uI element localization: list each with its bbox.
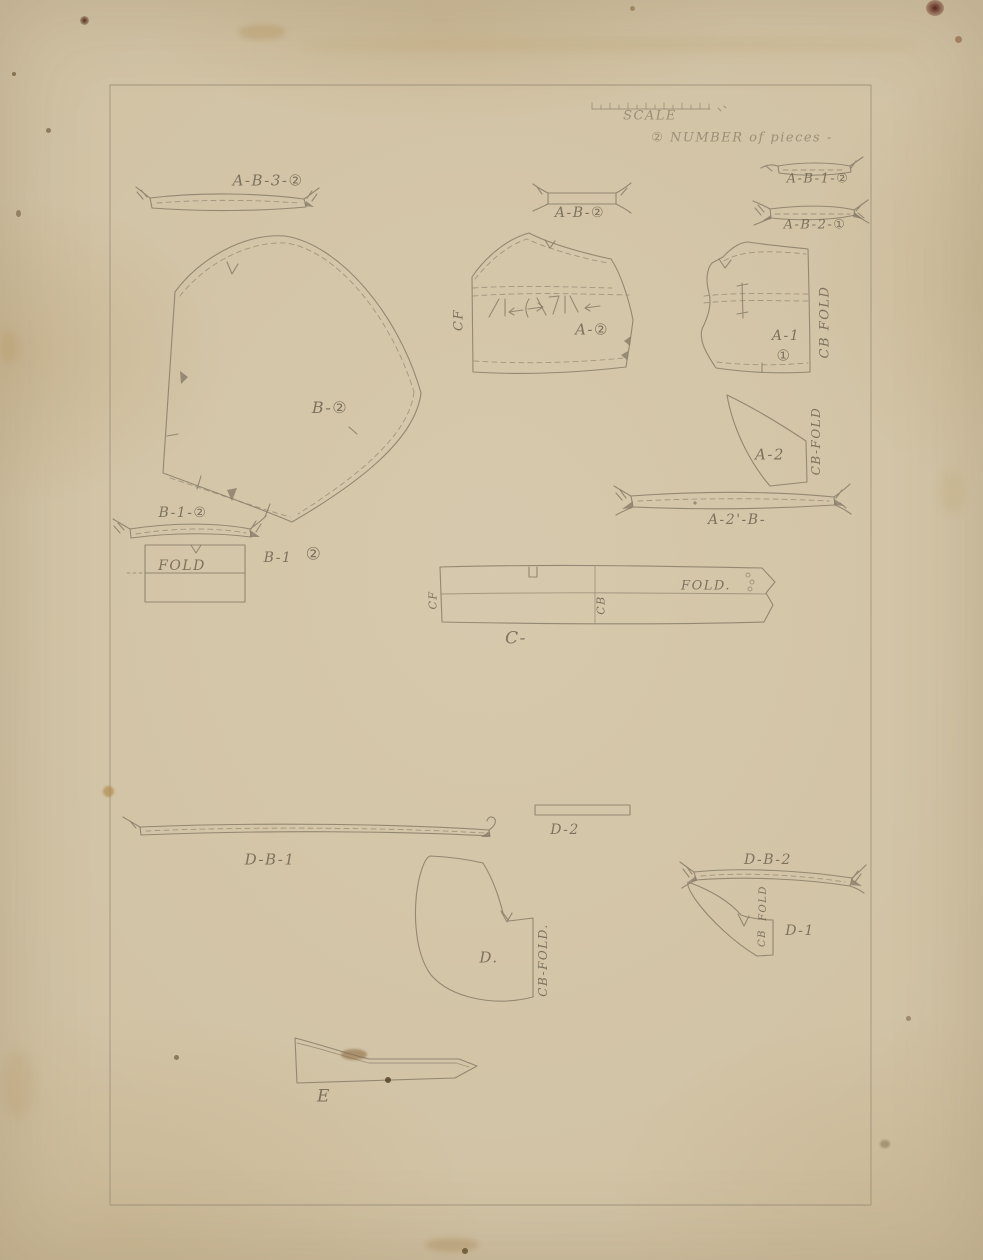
strip-ab3 <box>136 187 319 211</box>
label-fold-c: FOLD. <box>681 580 731 593</box>
label-cb-fold-d: CB-FOLD. <box>537 923 549 996</box>
piece-d <box>415 856 533 1001</box>
label-cb-fold-a1: CB FOLD <box>819 286 832 359</box>
piece-e <box>295 1038 477 1083</box>
label-cb-d1: CB <box>758 929 768 947</box>
scale-label: SCALE <box>623 110 677 123</box>
label-piece-b: B-② <box>312 400 348 416</box>
label-piece-a-front: A-② <box>575 323 609 338</box>
label-cb-fold-a2: CB-FOLD <box>810 407 822 476</box>
label-strip-a2b: A-2'-B- <box>708 513 766 527</box>
label-strip-d2: D-2 <box>550 823 580 837</box>
label-strip-b1: B-1-② <box>159 506 208 520</box>
label-piece-c: C- <box>505 631 527 648</box>
label-strip-ab3: A-B-3-② <box>233 174 304 189</box>
pattern-sheet: SCALE ② NUMBER of pieces - A-B-3-② A-B-②… <box>0 0 983 1260</box>
label-cf-c: CF <box>428 590 439 609</box>
label-b1: B-1 <box>264 551 293 565</box>
label-strip-db1: D-B-1 <box>245 853 296 868</box>
label-strip-ab2: A-B-2-① <box>784 219 847 232</box>
label-piece-a1: A-1 <box>772 329 800 343</box>
strip-a2b <box>614 484 851 515</box>
label-strip-ab: A-B-② <box>555 206 605 220</box>
label-piece-d1: D-1 <box>785 924 815 938</box>
piece-a-front <box>472 233 633 373</box>
label-fold-d1: FOLD <box>759 885 769 921</box>
strip-db1 <box>123 817 495 837</box>
label-fold-rect: FOLD <box>158 559 206 573</box>
label-piece-e: E <box>317 1089 331 1106</box>
piece-a2 <box>727 395 807 486</box>
label-a1-count: ① <box>777 349 792 364</box>
piece-c <box>440 565 775 623</box>
label-strip-ab1: A-B-1-② <box>787 173 850 186</box>
label-piece-a2: A-2 <box>755 448 785 463</box>
label-b1-count: ② <box>306 547 323 564</box>
sheet-border <box>110 85 871 1205</box>
number-of-pieces-note: ② NUMBER of pieces - <box>651 132 833 145</box>
label-cb-c: CB <box>596 595 607 615</box>
piece-b <box>163 236 421 522</box>
pattern-drawing <box>0 0 983 1260</box>
piece-a1 <box>701 242 810 373</box>
label-piece-d: D. <box>479 951 498 966</box>
strip-d2 <box>535 805 630 815</box>
label-cf-front: CF <box>453 309 466 331</box>
label-strip-db2: D-B-2 <box>744 853 792 867</box>
